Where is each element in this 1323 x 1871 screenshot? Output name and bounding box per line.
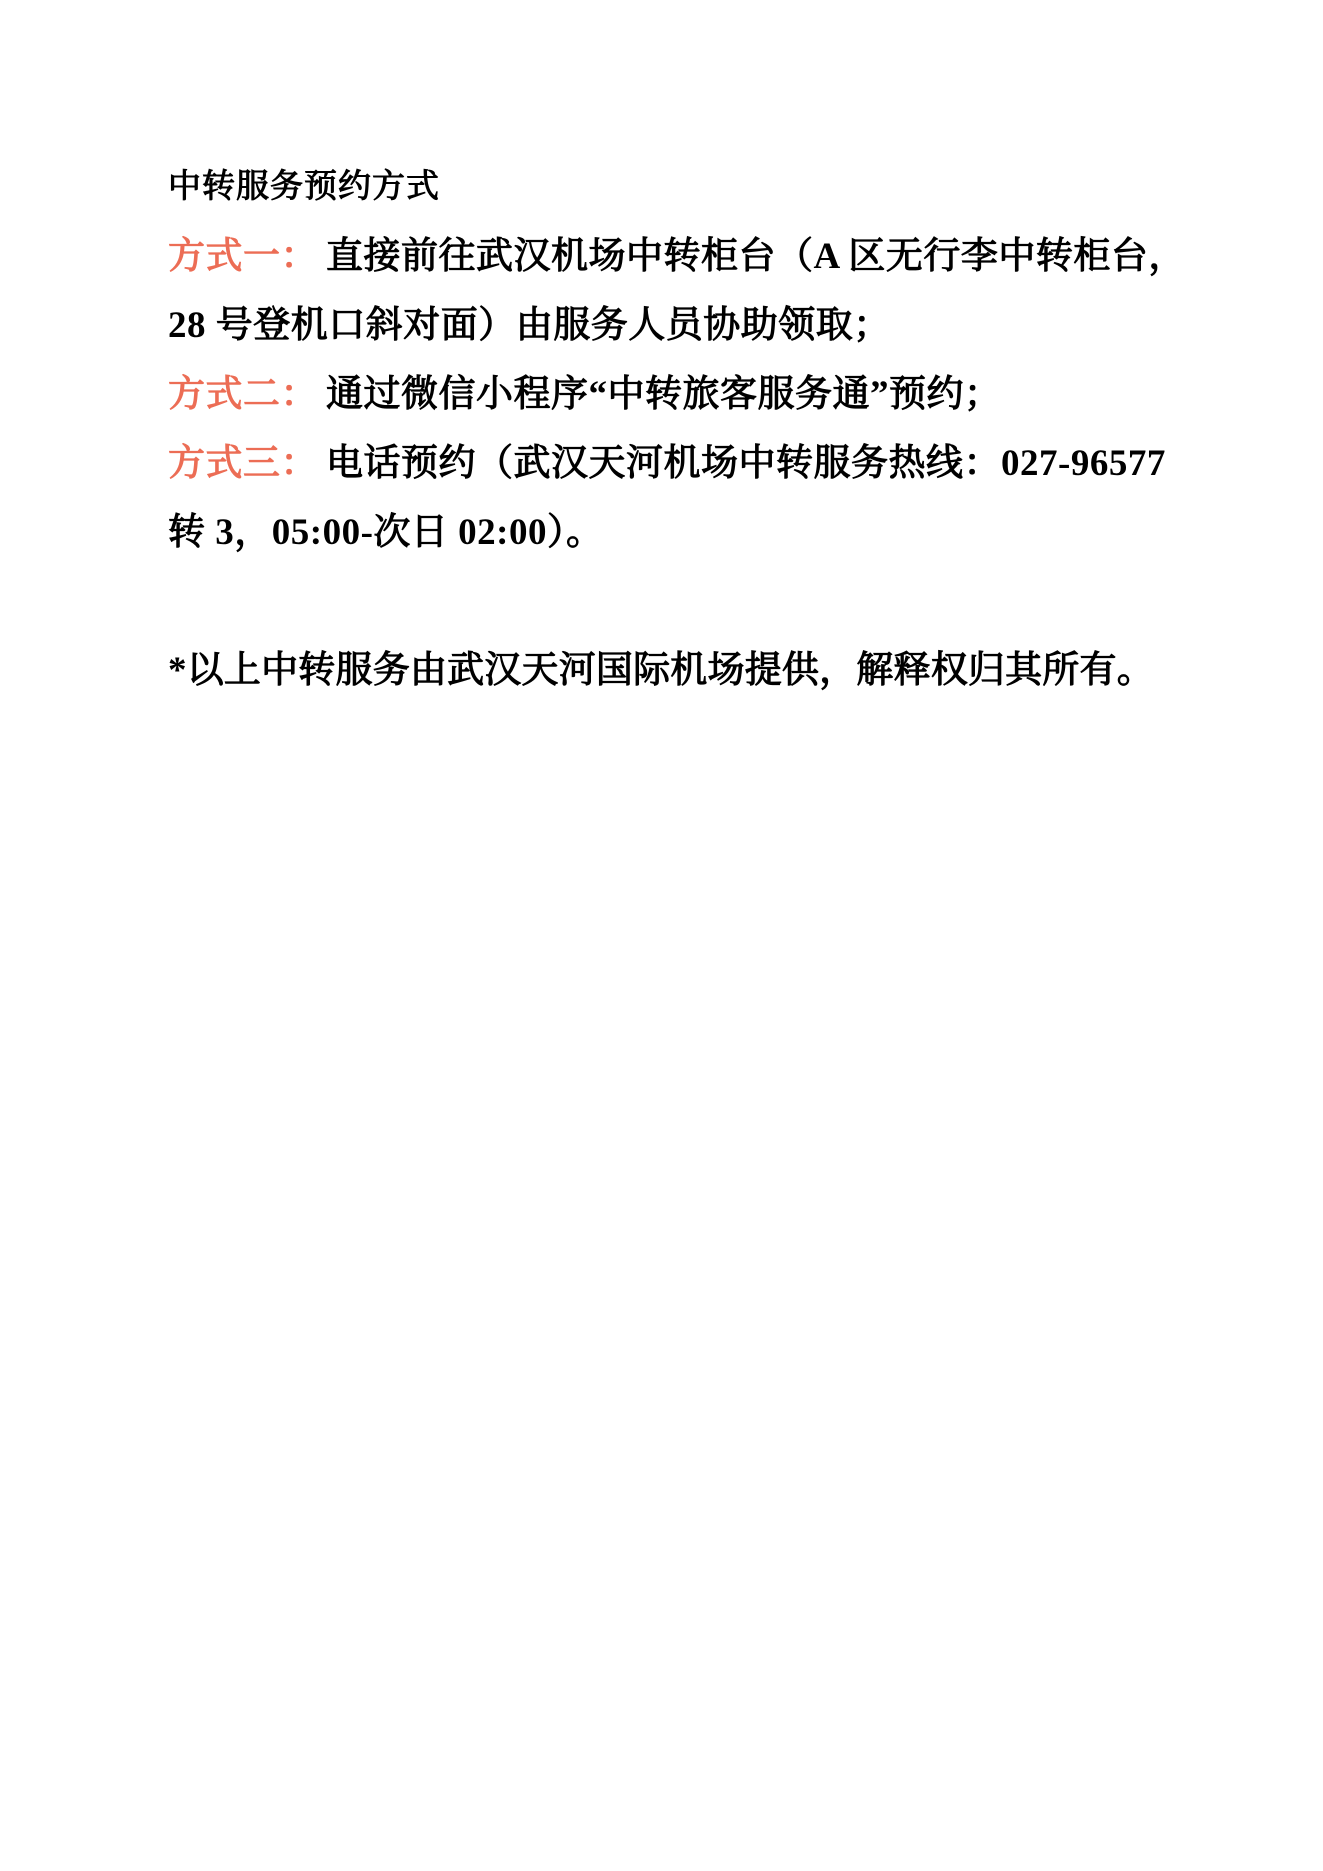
method-3-text: 电话预约（武汉天河机场中转服务热线：027-96577 — [326, 443, 1166, 484]
footnote: *以上中转服务由武汉天河国际机场提供，解释权归其所有。 — [168, 636, 1158, 705]
method-3-line-2: 转 3，05:00-次日 02:00）。 — [168, 498, 1158, 567]
method-1-text: 直接前往武汉机场中转柜台（A 区无行李中转柜台， — [326, 236, 1186, 277]
method-1-label: 方式一： — [168, 236, 318, 277]
method-2-label: 方式二： — [168, 374, 318, 415]
method-3-line-1: 方式三：电话预约（武汉天河机场中转服务热线：027-96577 — [168, 429, 1158, 498]
document-page: 中转服务预约方式 方式一：直接前往武汉机场中转柜台（A 区无行李中转柜台， 28… — [0, 0, 1323, 1871]
method-1-line-2: 28 号登机口斜对面）由服务人员协助领取； — [168, 291, 1158, 360]
text-block: 中转服务预约方式 方式一：直接前往武汉机场中转柜台（A 区无行李中转柜台， 28… — [168, 152, 1158, 705]
method-2-line-1: 方式二：通过微信小程序“中转旅客服务通”预约； — [168, 360, 1158, 429]
method-2-text: 通过微信小程序“中转旅客服务通”预约； — [326, 374, 1002, 415]
method-1-line-1: 方式一：直接前往武汉机场中转柜台（A 区无行李中转柜台， — [168, 222, 1158, 291]
blank-line — [168, 567, 1158, 636]
method-3-label: 方式三： — [168, 443, 318, 484]
document-title: 中转服务预约方式 — [168, 152, 1158, 222]
